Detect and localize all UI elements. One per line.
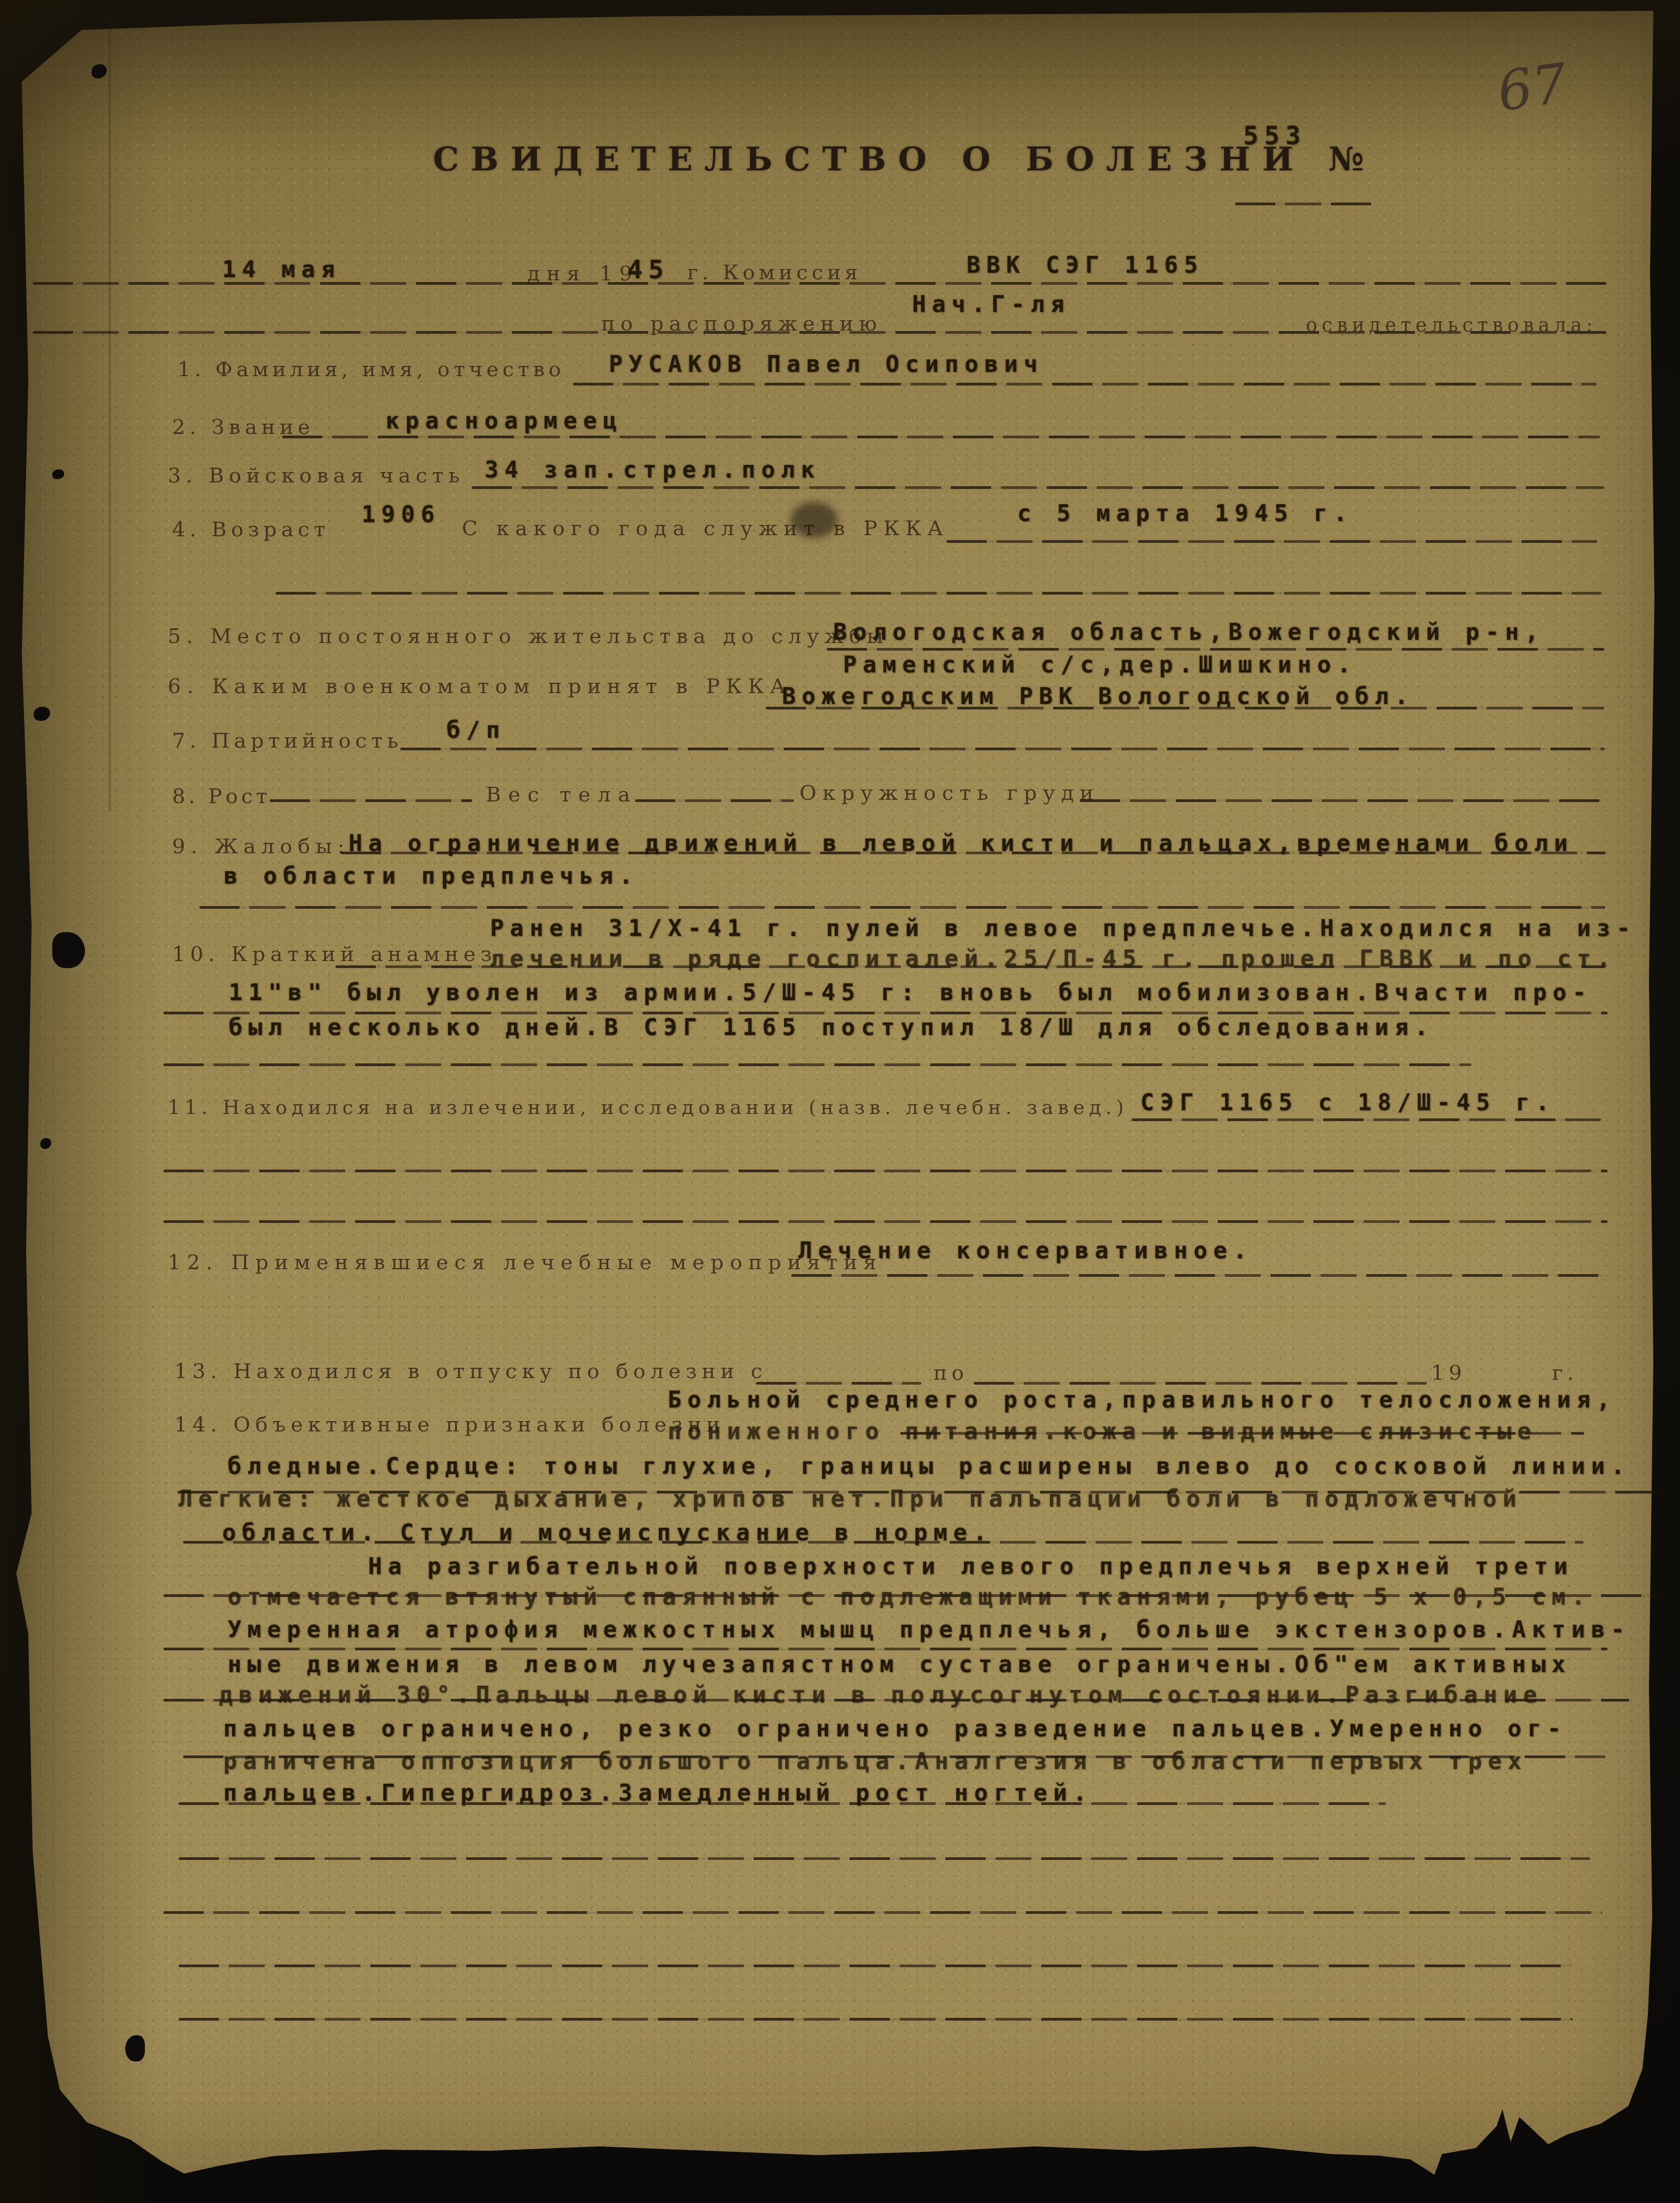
field-8-weight-label: Вес тела: [486, 782, 637, 806]
rule-line: [183, 1541, 1584, 1544]
rule-line: [163, 1220, 1608, 1223]
paper-hole: [52, 932, 85, 968]
rule-line: [635, 799, 794, 802]
field-13-g-label: г.: [1552, 1361, 1578, 1385]
rule-line: [400, 748, 1605, 750]
rule-line: [163, 1063, 1471, 1066]
rule-line: [178, 1491, 1660, 1494]
field-13-po-label: по: [933, 1361, 968, 1385]
rule-line: [341, 852, 1605, 854]
rule-line: [900, 1432, 1584, 1435]
rule-line: [827, 648, 1604, 651]
field-8-height-label: 8. Рост: [172, 784, 271, 808]
field-5-value-line1: Вологодская область,Вожегодский р-н,: [833, 619, 1544, 645]
field-4-service-value: с 5 марта 1945 г.: [1017, 500, 1353, 527]
rule-line: [163, 1648, 1608, 1650]
rule-line: [179, 2018, 1573, 2021]
paper-shading-top: [0, 0, 1680, 163]
field-14-line: пальцев ограничено, резко ограничено раз…: [223, 1715, 1567, 1742]
paper-crease: [108, 16, 112, 811]
field-1-label: 1. Фамилия, имя, отчество: [178, 357, 565, 381]
field-13-year-label: 19: [1431, 1361, 1466, 1385]
field-14-label: 14. Объективные признаки болезни: [174, 1412, 725, 1436]
form-label-commission: г. Комиссия: [687, 260, 862, 284]
field-14-line: ные движения в левом лучезапястном суста…: [228, 1651, 1571, 1678]
field-10-label: 10. Краткий анамнез: [172, 942, 497, 966]
field-14-line: Больной среднего роста,правильного телос…: [668, 1386, 1616, 1413]
rule-line: [179, 1965, 1571, 1967]
field-11-label: 11. Находился на излечении, исследовании…: [168, 1097, 1128, 1119]
field-4-service-label: С какого года служит в РККА: [462, 516, 949, 540]
field-10-line1: Ранен 31/X-41 г. пулей в левое предплечь…: [490, 915, 1636, 941]
rule-line: [756, 1382, 921, 1385]
field-14-line: На разгибательной поверхности левого пре…: [368, 1553, 1573, 1580]
rule-line: [179, 1802, 1386, 1805]
field-12-value: Лечение консервативное.: [798, 1237, 1253, 1264]
field-10-line4: был несколько дней.В СЭГ 1165 поступил 1…: [229, 1014, 1434, 1041]
field-8-chest-label: Окружность груди: [799, 781, 1099, 805]
rule-line: [974, 1382, 1427, 1385]
paper-hole: [125, 2035, 145, 2061]
date-day-value: 14 мая: [222, 256, 341, 283]
rule-line: [573, 383, 1597, 385]
rule-line: [1235, 203, 1371, 205]
rule-line: [199, 906, 1605, 909]
rule-line: [1080, 799, 1602, 802]
rule-line: [163, 1911, 1602, 1914]
field-14-line: Умеренная атрофия межкостных мышц предпл…: [228, 1616, 1630, 1643]
field-7-value: б/п: [447, 717, 506, 743]
field-3-value: 34 зап.стрел.полк: [485, 456, 821, 483]
field-14-line: Легкие: жесткое дыхание, хрипов нет.При …: [179, 1485, 1522, 1512]
certificate-title: СВИДЕТЕЛЬСТВО О БОЛЕЗНИ №: [433, 140, 1376, 179]
field-4-label: 4. Возраст: [172, 517, 329, 541]
field-2-value: красноармеец: [386, 407, 622, 434]
rule-line: [335, 965, 1605, 968]
form-label-day-year: дня 19: [527, 261, 639, 285]
field-10-line3: 11"в" был уволен из армии.5/Ш-45 г: внов…: [229, 979, 1592, 1006]
field-6-value: Вожегодским РВК Вологодской обл.: [782, 683, 1414, 709]
rule-line: [163, 1594, 1657, 1597]
scanned-certificate-page: 67 СВИДЕТЕЛЬСТВО О БОЛЕЗНИ № 553 14 мая …: [0, 0, 1680, 2203]
archive-page-number: 67: [1493, 51, 1571, 124]
by-order-value: Нач.Г-ля: [912, 291, 1070, 317]
field-3-label: 3. Войсковая часть: [168, 463, 465, 487]
field-14-line: раничена оппозиция большого пальца.Аналг…: [223, 1748, 1528, 1774]
field-7-label: 7. Партийность: [172, 729, 402, 752]
rule-line: [791, 1274, 1604, 1277]
field-6-label: 6. Каким военкоматом принят в РККА: [168, 674, 792, 698]
paper-shading-left: [0, 0, 163, 2203]
field-11-value: СЭГ 1165 с 18/Ш-45 г.: [1140, 1089, 1555, 1116]
field-9-label: 9. Жалобы:: [172, 834, 350, 858]
rule-line: [472, 486, 1604, 489]
field-12-label: 12. Применявшиеся лечебные мероприятия: [168, 1250, 882, 1274]
ink-smudge: [791, 502, 838, 538]
field-4-value: 1906: [362, 501, 441, 528]
commission-value: ВВК СЭГ 1165: [967, 252, 1204, 278]
form-label-examined: освидетельствовала:: [1306, 315, 1597, 336]
field-1-value: РУСАКОВ Павел Осипович: [609, 351, 1043, 377]
field-5-label: 5. Место постоянного жительства до служб…: [168, 624, 889, 648]
rule-line: [282, 436, 1600, 438]
field-13-label: 13. Находился в отпуску по болезни с: [174, 1359, 767, 1383]
rule-line: [766, 707, 1604, 709]
rule-line: [946, 540, 1597, 543]
field-9-line2: в области предплечья.: [224, 862, 639, 889]
rule-line: [270, 799, 472, 802]
form-label-by-order: по распоряжению: [601, 311, 882, 335]
rule-line: [179, 1857, 1590, 1860]
field-5-value-line2: Раменский с/с,дер.Шишкино.: [843, 651, 1357, 678]
field-14-line: пониженного питания.кожа и видимые слизи…: [668, 1418, 1537, 1445]
rule-line: [276, 592, 1602, 595]
rule-line: [163, 1699, 1629, 1702]
year-value: 45: [627, 255, 669, 284]
rule-line: [183, 1755, 1605, 1758]
rule-line: [163, 1170, 1608, 1172]
field-14-line: бледные.Сердце: тоны глухие, границы рас…: [228, 1453, 1630, 1479]
certificate-number: 553: [1243, 121, 1306, 150]
field-14-line: движений 30°.Пальцы левой кисти в полусо…: [219, 1681, 1543, 1708]
rule-line: [1132, 1118, 1601, 1121]
